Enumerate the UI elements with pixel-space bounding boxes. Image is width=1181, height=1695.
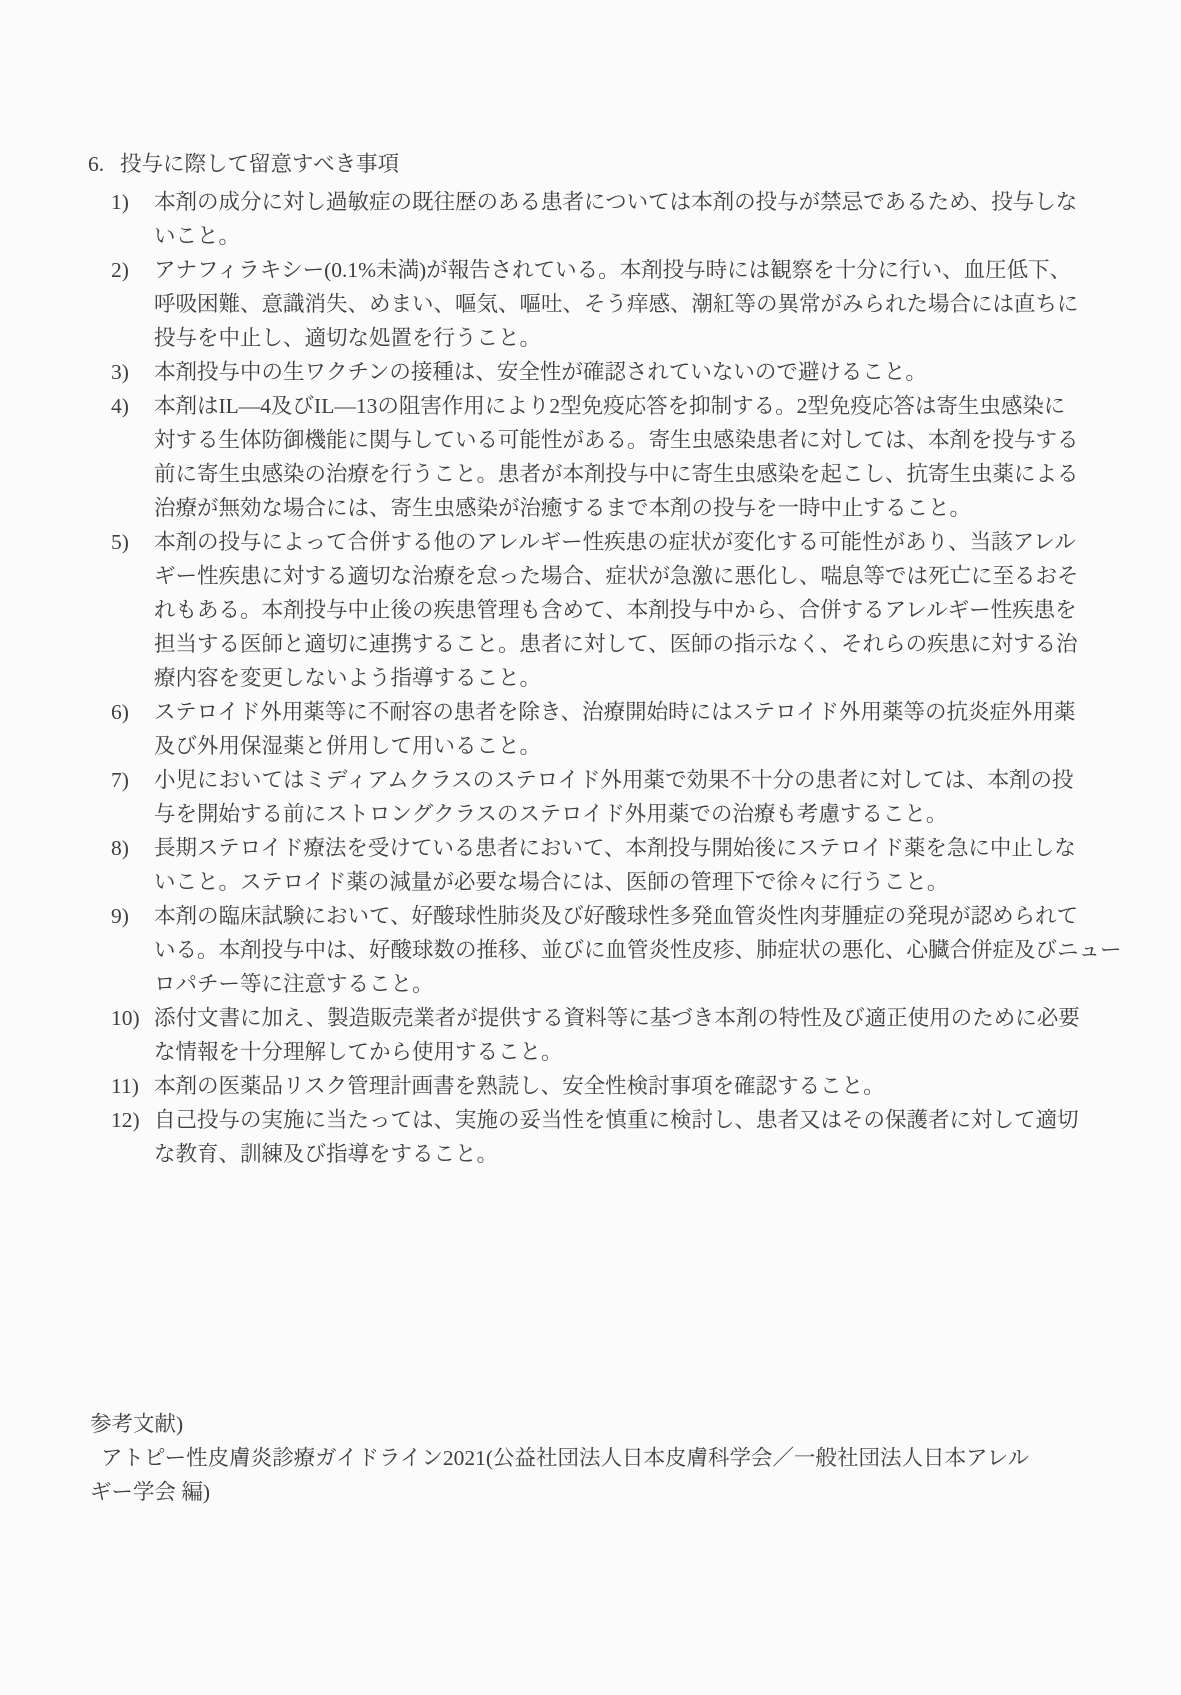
list-item-text: 添付文書に加え、製造販売業者が提供する資料等に基づき本剤の特性及び適正使用のため… — [154, 1001, 1139, 1069]
list-item-text: 本剤の成分に対し過敏症の既往歴のある患者については本剤の投与が禁忌であるため、投… — [154, 185, 1139, 253]
reference-entry: アトピー性皮膚炎診療ガイドライン2021(公益社団法人日本皮膚科学会／一般社団法… — [90, 1441, 1095, 1509]
list-item: 1) 本剤の成分に対し過敏症の既往歴のある患者については本剤の投与が禁忌であるた… — [111, 185, 1181, 253]
list-item-number: 1) — [111, 185, 154, 219]
list-item-text: 本剤投与中の生ワクチンの接種は、安全性が確認されていないので避けること。 — [154, 355, 1139, 389]
list-item-number: 4) — [111, 389, 154, 423]
list-item-number: 6) — [111, 695, 154, 729]
list-item-text: 本剤の臨床試験において、好酸球性肺炎及び好酸球性多発血管炎性肉芽腫症の発現が認め… — [154, 899, 1139, 1001]
list-item: 11) 本剤の医薬品リスク管理計画書を熟読し、安全性検討事項を確認すること。 — [111, 1069, 1181, 1103]
list-item: 2) アナフィラキシー(0.1%未満)が報告されている。本剤投与時には観察を十分… — [111, 253, 1181, 355]
list-item: 6) ステロイド外用薬等に不耐容の患者を除き、治療開始時にはステロイド外用薬等の… — [111, 695, 1181, 763]
list-item: 12) 自己投与の実施に当たっては、実施の妥当性を慎重に検討し、患者又はその保護… — [111, 1103, 1181, 1171]
section-title: 投与に際して留意すべき事項 — [120, 147, 399, 181]
precaution-list: 1) 本剤の成分に対し過敏症の既往歴のある患者については本剤の投与が禁忌であるた… — [0, 185, 1181, 1171]
list-item-number: 3) — [111, 355, 154, 389]
list-item-text: 長期ステロイド療法を受けている患者において、本剤投与開始後にステロイド薬を急に中… — [154, 831, 1139, 899]
references-label: 参考文献) — [90, 1407, 1181, 1441]
list-item-number: 2) — [111, 253, 154, 287]
list-item-number: 7) — [111, 763, 154, 797]
list-item-number: 11) — [111, 1069, 154, 1103]
list-item-text: 本剤の投与によって合併する他のアレルギー性疾患の症状が変化する可能性があり、当該… — [154, 525, 1139, 695]
list-item-text: 自己投与の実施に当たっては、実施の妥当性を慎重に検討し、患者又はその保護者に対し… — [154, 1103, 1139, 1171]
list-item-text: 本剤はIL―4及びIL―13の阻害作用により2型免疫応答を抑制する。2型免疫応答… — [154, 389, 1139, 525]
list-item-number: 5) — [111, 525, 154, 559]
section-number: 6. — [88, 147, 120, 181]
list-item-number: 8) — [111, 831, 154, 865]
list-item-number: 12) — [111, 1103, 154, 1137]
list-item: 4) 本剤はIL―4及びIL―13の阻害作用により2型免疫応答を抑制する。2型免… — [111, 389, 1181, 525]
list-item-number: 9) — [111, 899, 154, 933]
list-item: 3) 本剤投与中の生ワクチンの接種は、安全性が確認されていないので避けること。 — [111, 355, 1181, 389]
list-item: 10) 添付文書に加え、製造販売業者が提供する資料等に基づき本剤の特性及び適正使… — [111, 1001, 1181, 1069]
list-item-text: ステロイド外用薬等に不耐容の患者を除き、治療開始時にはステロイド外用薬等の抗炎症… — [154, 695, 1139, 763]
list-item: 7) 小児においてはミディアムクラスのステロイド外用薬で効果不十分の患者に対して… — [111, 763, 1181, 831]
list-item: 9) 本剤の臨床試験において、好酸球性肺炎及び好酸球性多発血管炎性肉芽腫症の発現… — [111, 899, 1181, 1001]
list-item-text: アナフィラキシー(0.1%未満)が報告されている。本剤投与時には観察を十分に行い… — [154, 253, 1139, 355]
section-heading: 6. 投与に際して留意すべき事項 — [88, 147, 1181, 181]
list-item: 8) 長期ステロイド療法を受けている患者において、本剤投与開始後にステロイド薬を… — [111, 831, 1181, 899]
document-page: 6. 投与に際して留意すべき事項 1) 本剤の成分に対し過敏症の既往歴のある患者… — [0, 0, 1181, 1695]
list-item: 5) 本剤の投与によって合併する他のアレルギー性疾患の症状が変化する可能性があり… — [111, 525, 1181, 695]
list-item-text: 本剤の医薬品リスク管理計画書を熟読し、安全性検討事項を確認すること。 — [154, 1069, 1139, 1103]
references-section: 参考文献) アトピー性皮膚炎診療ガイドライン2021(公益社団法人日本皮膚科学会… — [90, 1407, 1181, 1509]
list-item-text: 小児においてはミディアムクラスのステロイド外用薬で効果不十分の患者に対しては、本… — [154, 763, 1139, 831]
list-item-number: 10) — [111, 1001, 154, 1035]
